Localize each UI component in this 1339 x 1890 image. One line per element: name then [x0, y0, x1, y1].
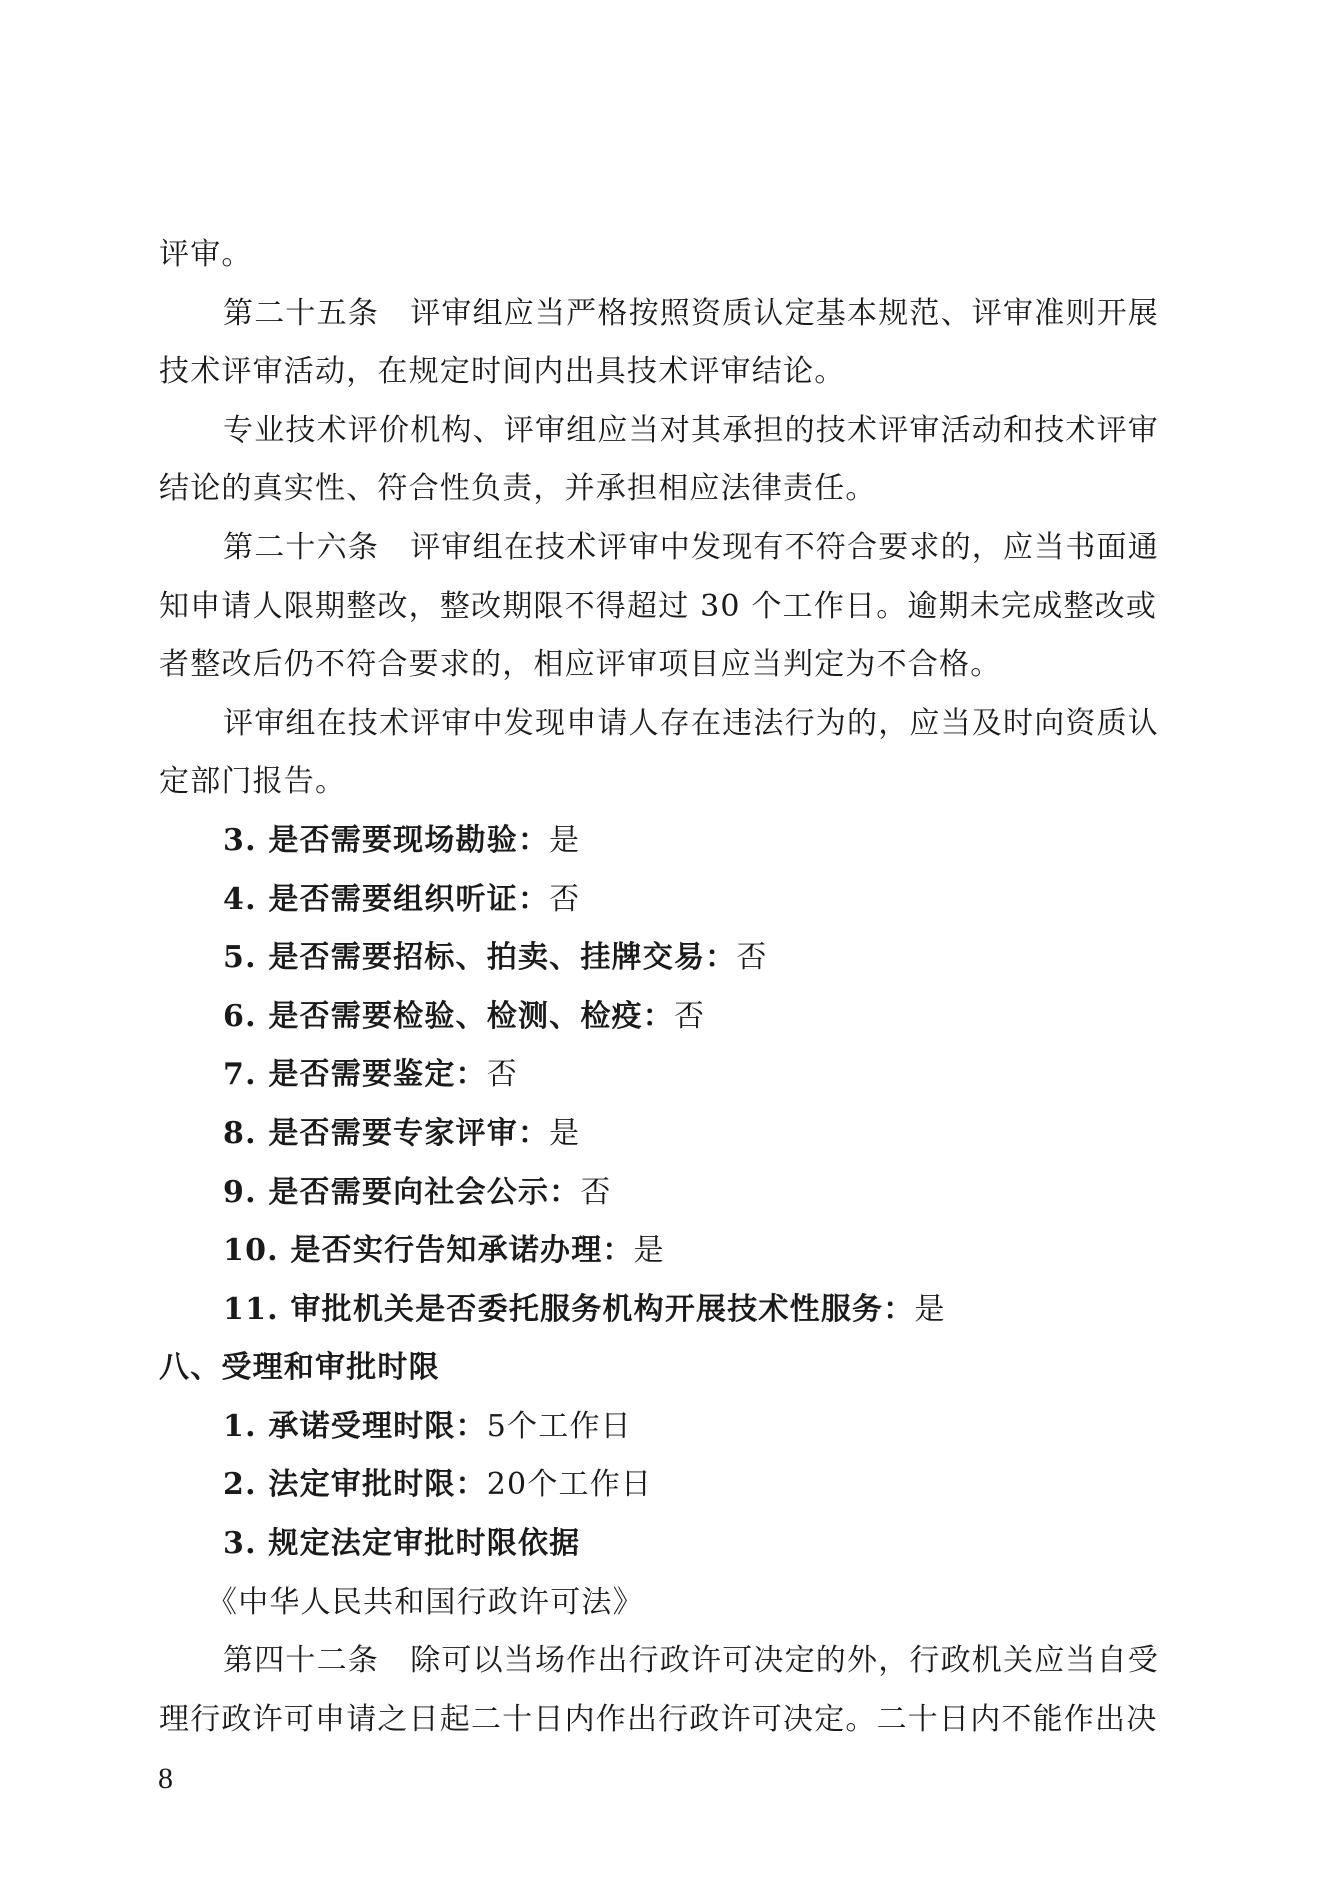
article-42-line-1: 第四十二条 除可以当场作出行政许可决定的外，行政机关应当自受 [159, 1632, 1135, 1691]
article-25-line-1: 第二十五条 评审组应当严格按照资质认定基本规范、评审准则开展 [159, 285, 1135, 344]
item-value: 是 [549, 823, 580, 858]
item-notification-commitment: 10. 是否实行告知承诺办理：是 [159, 1222, 1135, 1281]
item-label: 4. 是否需要组织听证： [223, 882, 549, 917]
item-value: 否 [549, 882, 580, 917]
paragraph-line: 结论的真实性、符合性负责，并承担相应法律责任。 [159, 460, 1135, 519]
item-label: 9. 是否需要向社会公示： [223, 1175, 580, 1210]
article-42-line-2: 理行政许可申请之日起二十日内作出行政许可决定。二十日内不能作出决 [159, 1691, 1135, 1750]
item-expert-review: 8. 是否需要专家评审：是 [159, 1105, 1135, 1164]
item-value: 否 [487, 1057, 518, 1092]
page-number: 8 [158, 1762, 173, 1796]
item-value: 否 [736, 940, 767, 975]
item-hearing: 4. 是否需要组织听证：否 [159, 871, 1135, 930]
article-25-line-2: 技术评审活动，在规定时间内出具技术评审结论。 [159, 343, 1135, 402]
item-value: 否 [580, 1175, 611, 1210]
article-26-line-3: 者整改后仍不符合要求的，相应评审项目应当判定为不合格。 [159, 636, 1135, 695]
item-value: 是 [549, 1116, 580, 1151]
article-26-line-2: 知申请人限期整改，整改期限不得超过 30 个工作日。逾期未完成整改或 [159, 578, 1135, 637]
item-inspection-testing: 6. 是否需要检验、检测、检疫：否 [159, 988, 1135, 1047]
paragraph-line: 评审组在技术评审中发现申请人存在违法行为的，应当及时向资质认 [159, 695, 1135, 754]
item-public-notice: 9. 是否需要向社会公示：否 [159, 1164, 1135, 1223]
item-value: 是 [634, 1233, 665, 1268]
item-value: 是 [914, 1292, 945, 1327]
paragraph-line: 专业技术评价机构、评审组应当对其承担的技术评审活动和技术评审 [159, 402, 1135, 461]
item-appraisal: 7. 是否需要鉴定：否 [159, 1046, 1135, 1105]
text-line: 评审。 [159, 226, 1135, 285]
item-label: 11. 审批机关是否委托服务机构开展技术性服务： [223, 1292, 914, 1327]
item-value: 20个工作日 [487, 1467, 652, 1502]
time-limit-acceptance: 1. 承诺受理时限：5个工作日 [159, 1398, 1135, 1457]
item-bidding: 5. 是否需要招标、拍卖、挂牌交易：否 [159, 929, 1135, 988]
time-limit-statutory: 2. 法定审批时限：20个工作日 [159, 1456, 1135, 1515]
item-value: 否 [674, 999, 705, 1034]
document-page: 评审。 第二十五条 评审组应当严格按照资质认定基本规范、评审准则开展 技术评审活… [159, 226, 1135, 1749]
item-site-inspection: 3. 是否需要现场勘验：是 [159, 812, 1135, 871]
paragraph-line: 定部门报告。 [159, 753, 1135, 812]
item-value: 5个工作日 [487, 1409, 632, 1444]
item-label: 5. 是否需要招标、拍卖、挂牌交易： [223, 940, 736, 975]
item-label: 7. 是否需要鉴定： [223, 1057, 487, 1092]
item-service-delegation: 11. 审批机关是否委托服务机构开展技术性服务：是 [159, 1281, 1135, 1340]
section-heading: 八、受理和审批时限 [159, 1339, 1135, 1398]
item-label: 8. 是否需要专家评审： [223, 1116, 549, 1151]
time-limit-basis: 3. 规定法定审批时限依据 [159, 1515, 1135, 1574]
law-title: 《中华人民共和国行政许可法》 [159, 1574, 1135, 1633]
item-label: 3. 规定法定审批时限依据 [223, 1526, 580, 1561]
item-label: 1. 承诺受理时限： [223, 1409, 487, 1444]
article-26-line-1: 第二十六条 评审组在技术评审中发现有不符合要求的，应当书面通 [159, 519, 1135, 578]
item-label: 10. 是否实行告知承诺办理： [223, 1233, 634, 1268]
item-label: 6. 是否需要检验、检测、检疫： [223, 999, 674, 1034]
item-label: 3. 是否需要现场勘验： [223, 823, 549, 858]
item-label: 2. 法定审批时限： [223, 1467, 487, 1502]
